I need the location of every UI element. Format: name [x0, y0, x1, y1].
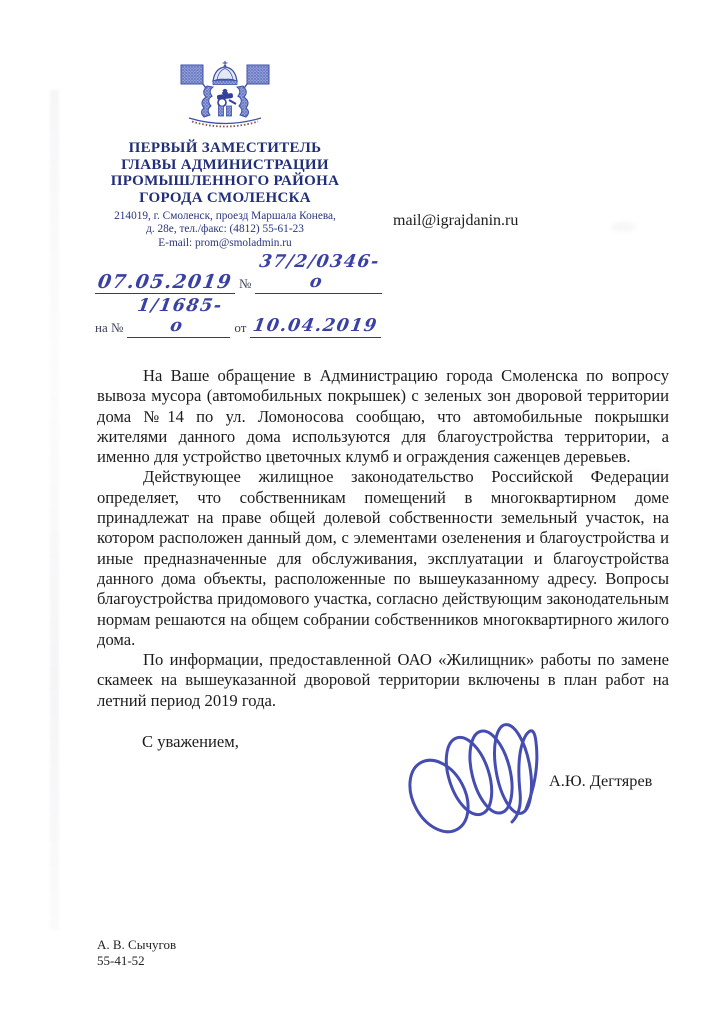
scanned-letter-page: ПЕРВЫЙ ЗАМЕСТИТЕЛЬ ГЛАВЫ АДМИНИСТРАЦИИ П…: [0, 0, 723, 1024]
from-date-label: от: [230, 320, 250, 338]
body-paragraph-3: По информации, предоставленной ОАО «Жили…: [97, 650, 669, 711]
letterhead-address-line1: 214019, г. Смоленск, проезд Маршала Коне…: [88, 210, 362, 223]
incoming-date-field: 10.04.2019: [250, 316, 381, 338]
letterhead-title: ПЕРВЫЙ ЗАМЕСТИТЕЛЬ ГЛАВЫ АДМИНИСТРАЦИИ П…: [88, 140, 362, 206]
body-paragraph-1: На Ваше обращение в Администрацию города…: [97, 366, 669, 467]
handwritten-signature-icon: [406, 712, 564, 844]
letterhead: ПЕРВЫЙ ЗАМЕСТИТЕЛЬ ГЛАВЫ АДМИНИСТРАЦИИ П…: [88, 60, 362, 250]
signer-name: А.Ю. Дегтярев: [549, 771, 652, 791]
outgoing-number-field: 37/2/0346-о: [255, 252, 381, 294]
smolensk-coat-of-arms-icon: [179, 60, 271, 130]
outgoing-reference-row: 07.05.2019 № 37/2/0346-о: [95, 252, 381, 294]
incoming-number-label: на №: [95, 320, 127, 338]
salutation: С уважением,: [142, 732, 239, 752]
incoming-reference-row: на № 1/1685-о от 10.04.2019: [95, 296, 381, 338]
incoming-number-handwritten: 1/1685-о: [127, 296, 230, 336]
letterhead-address-line3: E-mail: prom@smoladmin.ru: [88, 237, 362, 250]
outgoing-number-handwritten: 37/2/0346-о: [255, 252, 382, 292]
recipient-email: mail@igrajdanin.ru: [393, 212, 518, 230]
reference-block: 07.05.2019 № 37/2/0346-о на № 1/1685-о о…: [95, 252, 381, 338]
outgoing-date-handwritten: 07.05.2019: [96, 272, 233, 292]
scan-artifact-left: [50, 90, 59, 930]
executor-block: А. В. Сычугов 55-41-52: [97, 937, 176, 969]
executor-name: А. В. Сычугов: [97, 937, 176, 953]
body-paragraph-2: Действующее жилищное законодательство Ро…: [97, 467, 669, 650]
incoming-date-handwritten: 10.04.2019: [252, 316, 380, 336]
scan-artifact-speck: [610, 222, 636, 232]
number-sign-label: №: [235, 276, 255, 294]
outgoing-date-field: 07.05.2019: [95, 272, 235, 294]
letter-body: На Ваше обращение в Администрацию города…: [97, 366, 669, 711]
incoming-number-field: 1/1685-о: [127, 296, 230, 338]
letterhead-address-line2: д. 28е, тел./факс: (4812) 55-61-23: [88, 223, 362, 236]
executor-phone: 55-41-52: [97, 953, 176, 969]
